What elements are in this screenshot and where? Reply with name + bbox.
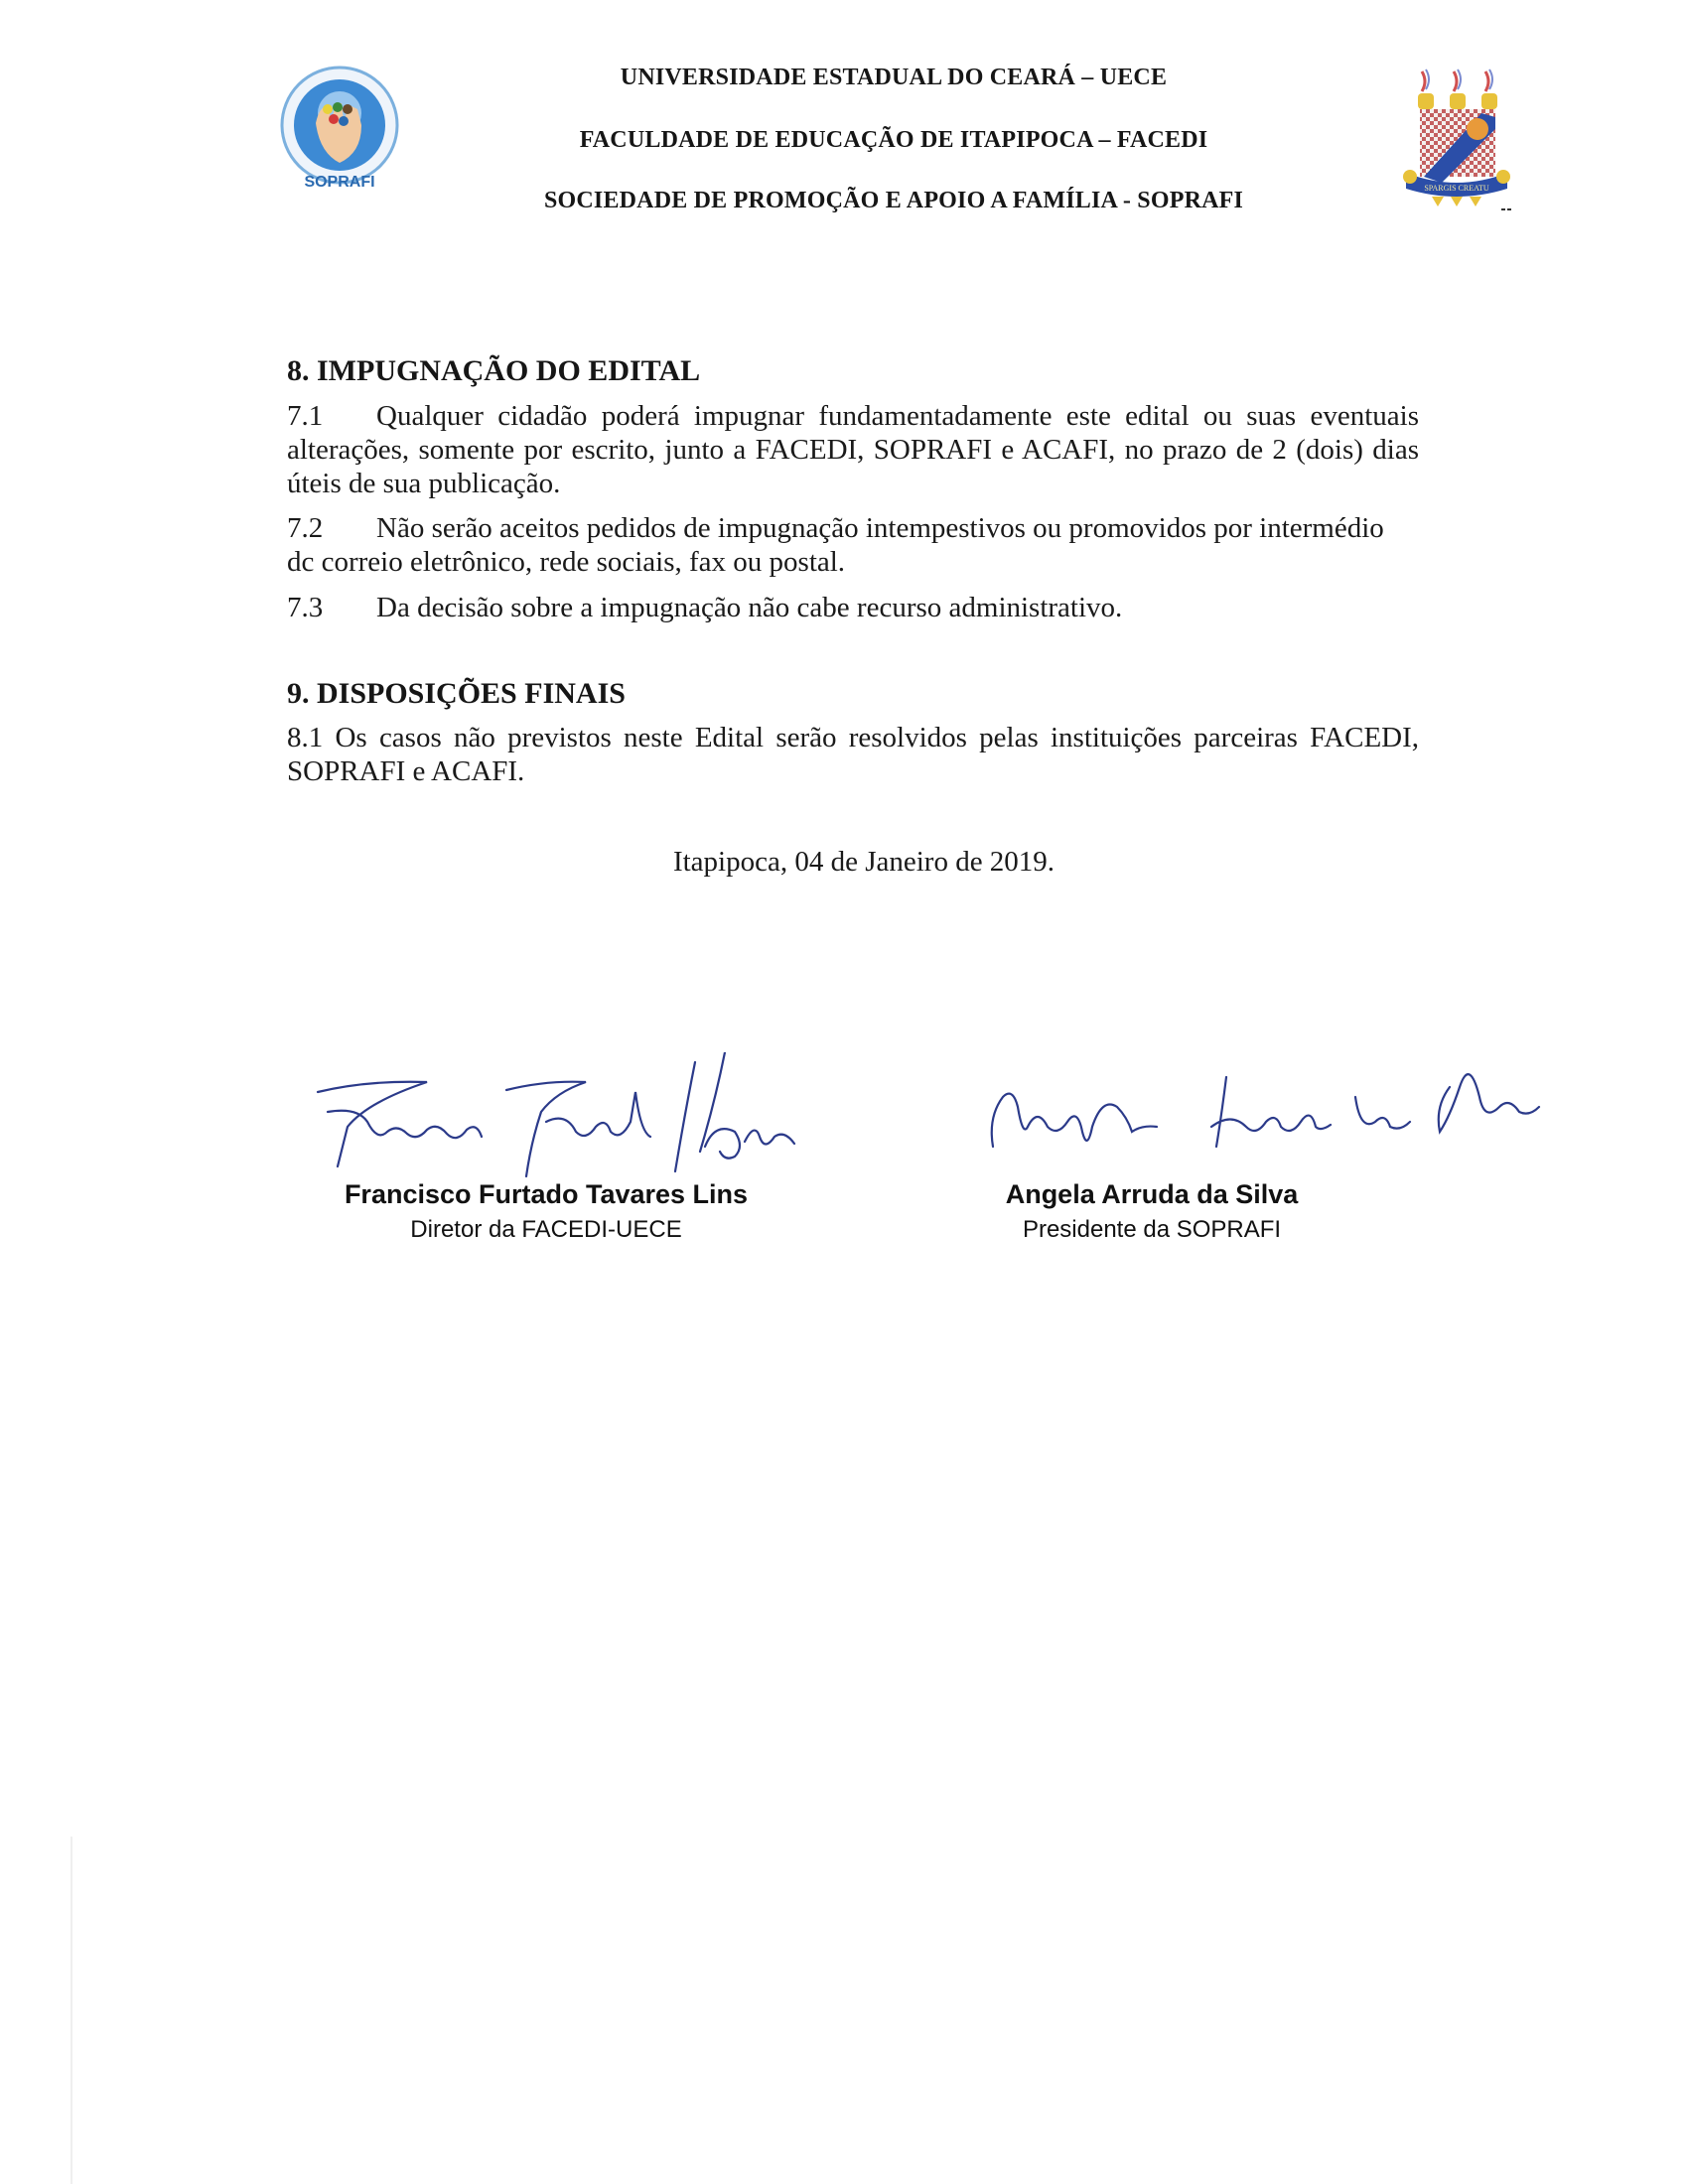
header-university: UNIVERSIDADE ESTADUAL DO CEARÁ – UECE [447, 65, 1340, 91]
date-line: Itapipoca, 04 de Janeiro de 2019. [0, 846, 1688, 879]
clause-number: 7.1 [287, 399, 376, 433]
clause-text: Os casos não previstos neste Edital serã… [287, 722, 1419, 787]
svg-text:SPARGIS CREATU: SPARGIS CREATU [1424, 184, 1489, 193]
uece-coat-of-arms-icon: SPARGIS CREATU [1398, 66, 1515, 214]
clause-text: Qualquer cidadão poderá impugnar fundame… [287, 400, 1419, 499]
signatory-name-francisco: Francisco Furtado Tavares Lins [308, 1179, 784, 1210]
svg-text:SOPRAFI: SOPRAFI [304, 174, 374, 191]
clause-number: 7.3 [287, 591, 376, 624]
clause-number: 7.2 [287, 511, 376, 545]
clause-7-2: 7.2Não serão aceitos pedidos de impugnaç… [287, 511, 1399, 579]
signature-francisco [308, 1052, 884, 1181]
clause-7-1: 7.1Qualquer cidadão poderá impugnar fund… [287, 399, 1419, 500]
header-society: SOCIEDADE DE PROMOÇÃO E APOIO A FAMÍLIA … [447, 188, 1340, 214]
signature-angela [983, 1037, 1579, 1166]
signatory-role-francisco: Diretor da FACEDI-UECE [308, 1216, 784, 1244]
clause-text: Da decisão sobre a impugnação não cabe r… [376, 592, 1122, 623]
signatory-role-angela: Presidente da SOPRAFI [978, 1216, 1326, 1244]
header-faculty: FACULDADE DE EDUCAÇÃO DE ITAPIPOCA – FAC… [447, 127, 1340, 154]
clause-text: Não serão aceitos pedidos de impugnação … [287, 512, 1384, 578]
clause-8-1: 8.1 Os casos não previstos neste Edital … [287, 721, 1419, 788]
scan-edge [70, 1837, 72, 2184]
clause-number: 8.1 [287, 722, 323, 753]
signatory-name-angela: Angela Arruda da Silva [978, 1179, 1326, 1210]
section-heading-disposicoes: 9. DISPOSIÇÕES FINAIS [287, 677, 626, 711]
clause-7-3: 7.3Da decisão sobre a impugnação não cab… [287, 591, 1419, 624]
soprafi-logo-icon: SOPRAFI [276, 66, 403, 193]
section-heading-impugnacao: 8. IMPUGNAÇÃO DO EDITAL [287, 354, 700, 388]
